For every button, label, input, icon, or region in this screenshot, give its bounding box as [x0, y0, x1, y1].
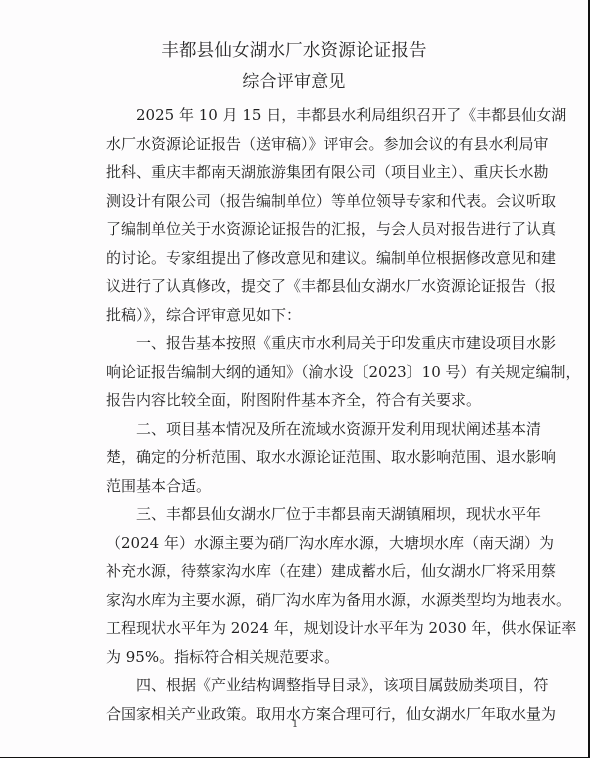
text-line: 为 95%。指标符合相关规范要求。 [106, 643, 507, 672]
text-line: 议进行了认真修改，提交了《丰都县仙女湖水厂水资源论证报告（报 [106, 272, 507, 301]
text-line: 三、丰都县仙女湖水厂位于丰都县南天湖镇厢坝，现状水平年 [106, 500, 507, 529]
text-line: 批科、重庆丰都南天湖旅游集团有限公司（项目业主）、重庆长水勘 [106, 158, 507, 187]
text-line: 批稿）》，综合评审意见如下： [106, 301, 507, 330]
text-line: 响论证报告编制大纲的通知》（渝水设〔2023〕10 号）有关规定编制， [106, 358, 507, 387]
text-line: 测设计有限公司（报告编制单位）等单位领导专家和代表。会议听取 [106, 187, 507, 216]
text-line: 范围基本合适。 [106, 472, 507, 501]
text-line: （2024 年）水源主要为硝厂沟水库水源，大塘坝水库（南天湖）为 [106, 529, 507, 558]
document-page: 丰都县仙女湖水厂水资源论证报告 综合评审意见 2025 年 10 月 15 日，… [0, 0, 590, 758]
text-line: 一、报告基本按照《重庆市水利局关于印发重庆市建设项目水影 [106, 329, 507, 358]
document-subtitle: 综合评审意见 [0, 67, 588, 92]
text-line: 工程现状水平年为 2024 年，规划设计水平年为 2030 年，供水保证率 [106, 614, 507, 643]
text-line: 家沟水库为主要水源，硝厂沟水库为备用水源，水源类型均为地表水。 [106, 586, 507, 615]
page-number: 1 [0, 719, 590, 730]
text-line: 补充水源，待蔡家沟水库（在建）建成蓄水后，仙女湖水厂将采用蔡 [106, 557, 507, 586]
text-line: 的讨论。专家组提出了修改意见和建议。编制单位根据修改意见和建 [106, 244, 507, 273]
document-body: 2025 年 10 月 15 日，丰都县水利局组织召开了《丰都县仙女湖水厂水资源… [106, 101, 507, 728]
text-line: 四、根据《产业结构调整指导目录》，该项目属鼓励类项目，符 [106, 671, 507, 700]
text-line: 楚，确定的分析范围、取水水源论证范围、取水影响范围、退水影响 [106, 443, 507, 472]
text-line: 报告内容比较全面，附图附件基本齐全，符合有关要求。 [106, 386, 507, 415]
document-title: 丰都县仙女湖水厂水资源论证报告 [0, 37, 588, 62]
text-line: 二、项目基本情况及所在流域水资源开发利用现状阐述基本清 [106, 415, 507, 444]
text-line: 了编制单位关于水资源论证报告的汇报，与会人员对报告进行了认真 [106, 215, 507, 244]
text-line: 2025 年 10 月 15 日，丰都县水利局组织召开了《丰都县仙女湖 [106, 101, 507, 130]
text-line: 水厂水资源论证报告（送审稿）》评审会。参加会议的有县水利局审 [106, 130, 507, 159]
